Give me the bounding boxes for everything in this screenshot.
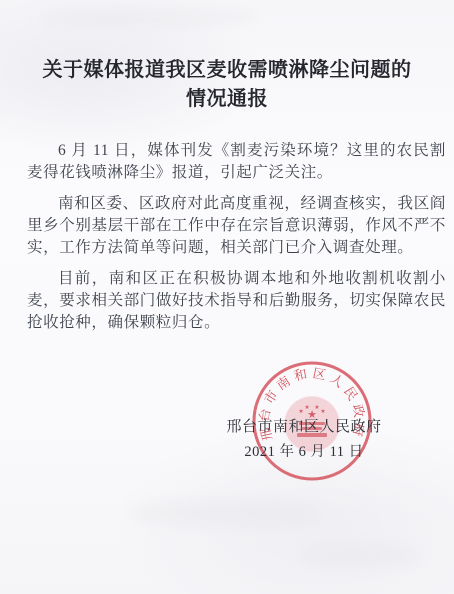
paragraph-measures: 目前，南和区正在积极协调本地和外地收割机收割小麦，要求相关部门做好技术指导和后勤…: [27, 268, 446, 334]
issue-date: 2021 年 6 月 11 日: [220, 445, 388, 460]
document-title-line2: 情况通报: [20, 85, 434, 114]
emblem-small-star-icon: ★: [320, 408, 325, 415]
document-body: 6 月 11 日，媒体刊发《割麦污染环境？这里的农民割麦得花钱喷淋降尘》报道，引…: [27, 140, 446, 334]
emblem-small-star-icon: ★: [304, 404, 309, 411]
document-title: 关于媒体报道我区麦收需喷淋降尘问题的 情况通报: [20, 56, 434, 114]
emblem-small-star-icon: ★: [314, 404, 319, 411]
paragraph-investigation: 南和区委、区政府对此高度重视，经调查核实，我区阎里乡个别基层干部在工作中存在宗旨…: [27, 193, 446, 259]
scan-artifact: [130, 500, 320, 526]
signature-block: 邢台市南和区人民政府 2021 年 6 月 11 日: [220, 419, 388, 460]
scan-artifact: [300, 545, 420, 567]
document-title-line1: 关于媒体报道我区麦收需喷淋降尘问题的: [20, 56, 434, 85]
paragraph-media-report: 6 月 11 日，媒体刊发《割麦污染环境？这里的农民割麦得花钱喷淋降尘》报道，引…: [27, 140, 446, 184]
issuing-agency: 邢台市南和区人民政府: [220, 419, 388, 435]
scanned-document-page: 关于媒体报道我区麦收需喷淋降尘问题的 情况通报 6 月 11 日，媒体刊发《割麦…: [0, 0, 454, 594]
emblem-small-star-icon: ★: [298, 408, 303, 415]
scan-artifact: [40, 8, 260, 26]
